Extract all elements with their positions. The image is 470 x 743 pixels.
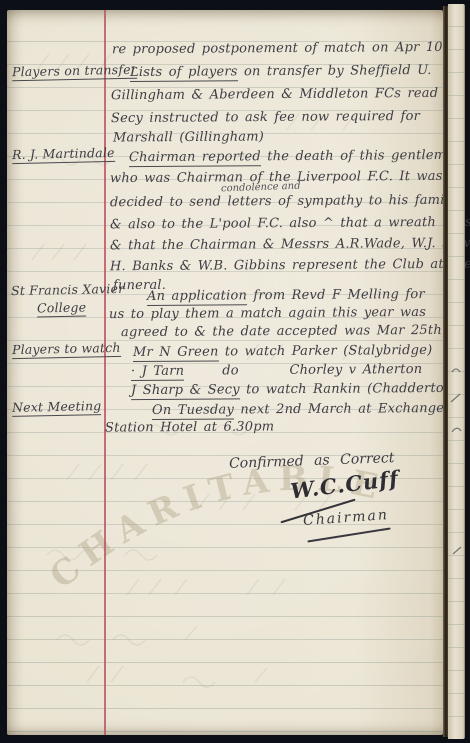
adjacent-page-edge (448, 4, 465, 739)
handwritten-line: & also to the L'pool F.C. also ^ that a … (110, 213, 470, 236)
handwritten-line: re proposed postponement of match on Apr… (112, 38, 461, 60)
handwritten-line: Lists of players on transfer by Sheffiel… (130, 61, 432, 83)
adjacent-page-ink-marks (448, 4, 465, 739)
handwritten-line: Gillingham & Aberdeen & Middleton FCs re… (111, 84, 458, 106)
handwritten-line: H. Banks & W.B. Gibbins represent the Cl… (110, 255, 470, 278)
margin-note-st-francis-xavier: St Francis Xavier (11, 281, 125, 298)
margin-rule-line (104, 10, 106, 735)
handwritten-line: & that the Chairman & Messrs A.R.Wade, W… (110, 234, 470, 257)
handwritten-line: Secy instructed to ask fee now required … (111, 107, 420, 129)
handwritten-line: decided to send letters of sympathy to h… (110, 191, 457, 213)
margin-note-college: College (37, 299, 87, 317)
handwritten-line: Chairman reported the death of this gent… (129, 146, 463, 168)
signature-flourish (307, 527, 390, 542)
margin-note-next-meeting: Next Meeting (12, 398, 102, 417)
handwritten-line: Station Hotel at 6.30pm (105, 417, 274, 438)
minute-book-page: CHARITABLE Players on transfer R. J. Mar… (7, 10, 443, 735)
margin-note-players-to-watch: Players to watch (12, 340, 121, 359)
handwritten-line: Marshall (Gillingham) (113, 127, 264, 148)
handwritten-line: J Sharp & Secy to watch Rankin (Chaddert… (131, 379, 458, 401)
margin-note-martindale: R. J. Martindale (12, 145, 115, 164)
photo-background: CHARITABLE Players on transfer R. J. Mar… (0, 0, 470, 743)
handwritten-line: agreed to & the date accepted was Mar 25… (121, 321, 446, 343)
signature: W.C.Cuff (289, 465, 401, 503)
margin-note-players-on-transfer: Players on transfer (12, 62, 137, 82)
